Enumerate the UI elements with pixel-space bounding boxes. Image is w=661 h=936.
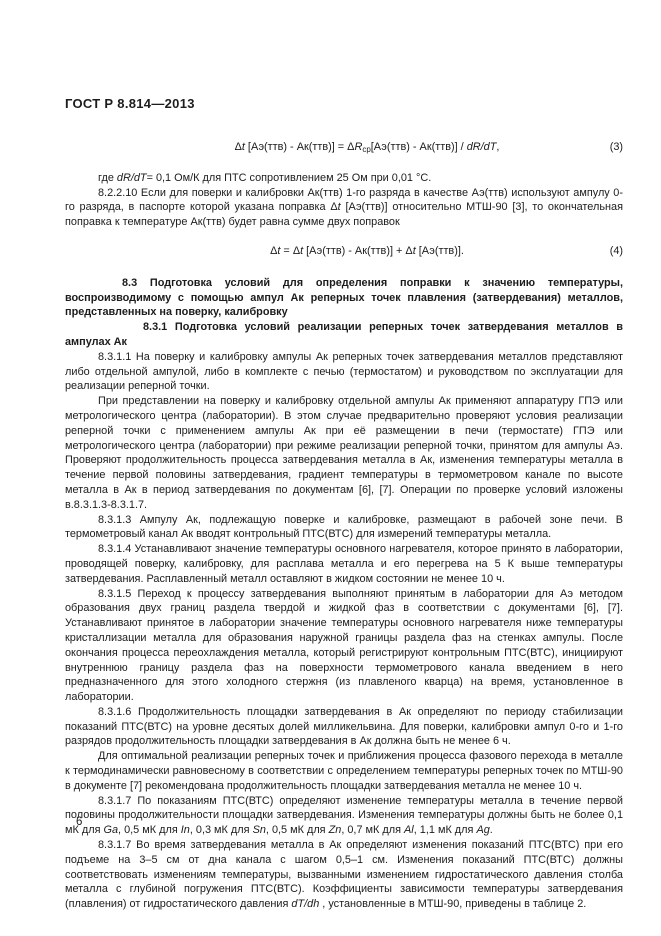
paragraph: 8.3.1.1 На поверку и калибровку ампулы А…: [65, 350, 623, 394]
section-heading: 8.3 Подготовка условий для определения п…: [65, 276, 623, 320]
paragraph: где dR/dT= 0,1 Ом/К для ПТС сопротивлени…: [65, 171, 623, 186]
equation: Δt = Δt [Аэ(ттв) - Ак(ттв)] + Δt [Аэ(ттв…: [65, 244, 623, 259]
paragraph: 8.3.1.5 Переход к процессу затвердевания…: [65, 587, 623, 705]
paragraph: 8.3.1.7 Во время затвердевания металла в…: [65, 838, 623, 912]
equation-body: Δt = Δt [Аэ(ттв) - Ак(ттв)] + Δt [Аэ(ттв…: [270, 245, 464, 257]
equation-number: (3): [610, 140, 623, 155]
section-heading: 8.3.1 Подготовка условий реализации репе…: [65, 320, 623, 350]
paragraph: 8.3.1.4 Устанавливают значение температу…: [65, 542, 623, 586]
paragraph: 8.3.1.7 По показаниям ПТС(ВТС) определяю…: [65, 794, 623, 838]
document-page: ГОСТ Р 8.814—2013 Δt [Аэ(ттв) - Ак(ттв)]…: [0, 0, 661, 936]
paragraph: При представлении на поверку и калибровк…: [65, 394, 623, 512]
doc-header: ГОСТ Р 8.814—2013: [65, 96, 195, 111]
content-blocks: Δt [Аэ(ттв) - Ак(ттв)] = ΔRср[Аэ(ттв) - …: [65, 126, 623, 912]
equation-number: (4): [610, 244, 623, 259]
paragraph: Для оптимальной реализации реперных точе…: [65, 749, 623, 793]
paragraph: 8.3.1.3 Ампулу Ак, подлежащую поверке и …: [65, 513, 623, 543]
equation-body: Δt [Аэ(ттв) - Ак(ттв)] = ΔRср[Аэ(ттв) - …: [235, 141, 500, 153]
page-number: 6: [76, 816, 82, 828]
equation: Δt [Аэ(ттв) - Ак(ттв)] = ΔRср[Аэ(ттв) - …: [65, 140, 623, 155]
paragraph: 8.2.2.10 Если для поверки и калибровки А…: [65, 186, 623, 230]
paragraph: 8.3.1.6 Продолжительность площадки затве…: [65, 705, 623, 749]
